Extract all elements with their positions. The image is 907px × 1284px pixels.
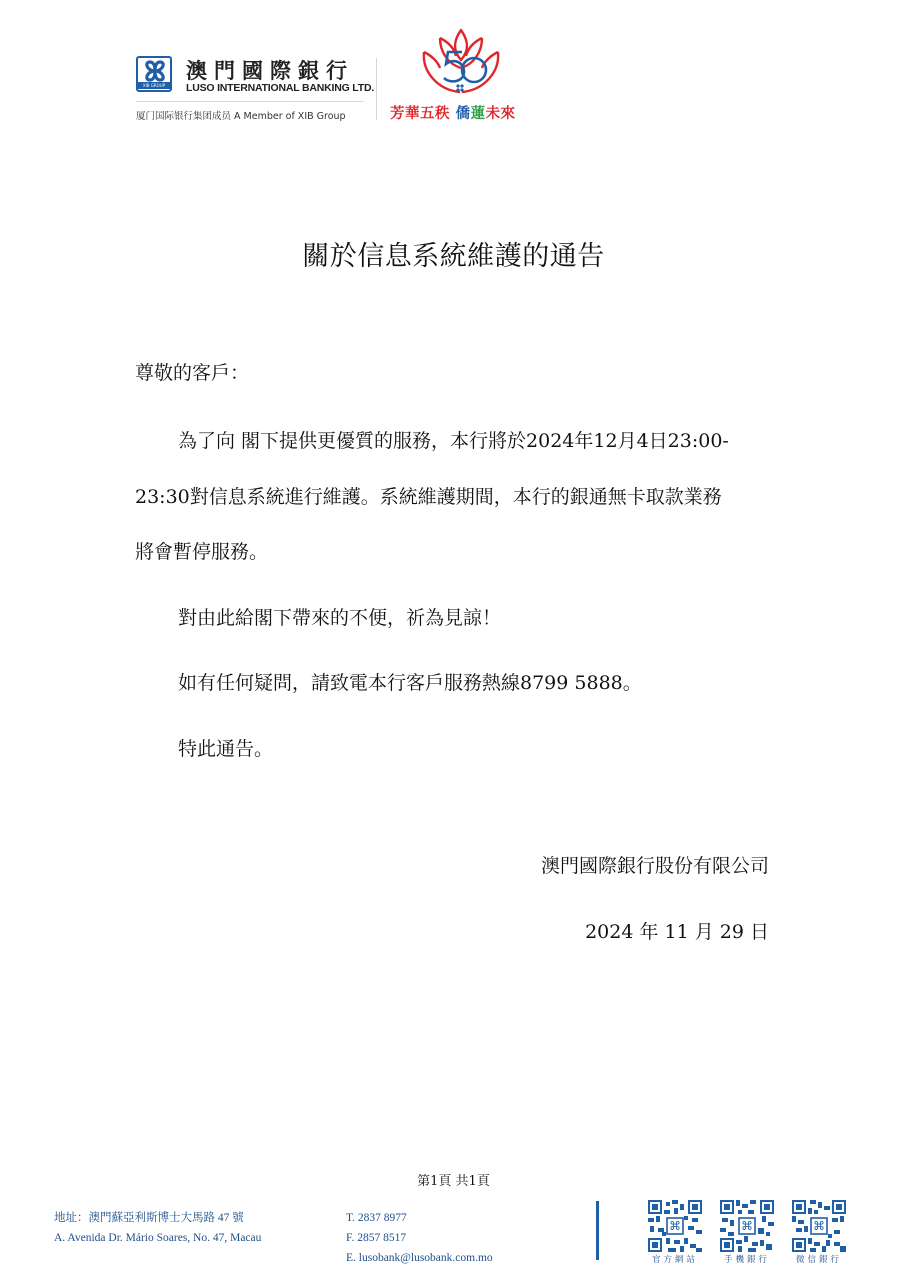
- signature: 澳門國際銀行股份有限公司: [541, 851, 769, 878]
- paragraph-contact: 如有任何疑問，請致電本行客戶服務熱線8799 5888。: [178, 668, 642, 695]
- qr-wechat-banking[interactable]: ⌘ 微信銀行: [792, 1200, 846, 1265]
- slogan-part-4: 未來: [486, 106, 516, 122]
- notice-title: 關於信息系統維護的通告: [0, 234, 907, 273]
- qr-label: 微信銀行: [792, 1253, 846, 1265]
- notice-date: 2024 年 11 月 29 日: [585, 917, 769, 944]
- svg-text:⌘: ⌘: [813, 1219, 825, 1233]
- bank-name-cn: 澳門國際銀行: [186, 55, 354, 85]
- address-en: A. Avenida Dr. Mário Soares, No. 47, Mac…: [54, 1228, 261, 1248]
- email-link[interactable]: E. lusobank@lusobank.com.mo: [346, 1248, 493, 1268]
- paragraph-1-line-1: 為了向 閣下提供更優質的服務，本行將於2024年12月4日23:00-: [178, 426, 729, 453]
- contact-block: T. 2837 8977 F. 2857 8517 E. lusobank@lu…: [346, 1208, 493, 1268]
- qr-label: 手機銀行: [720, 1253, 774, 1265]
- paragraph-1-line-2: 23:30對信息系統進行維護。系統維護期間，本行的銀通無卡取款業務: [135, 482, 722, 509]
- slogan-part-1: 芳華五秩: [390, 106, 456, 122]
- salutation: 尊敬的客戶：: [135, 358, 249, 385]
- anniversary-slogan: 芳華五秩 僑蓮未來: [390, 102, 516, 123]
- paragraph-closing: 特此通告。: [178, 734, 273, 761]
- lotus-50-icon: [418, 28, 504, 98]
- qr-code-icon: ⌘: [792, 1200, 846, 1252]
- svg-text:⌘: ⌘: [669, 1219, 681, 1233]
- paragraph-apology: 對由此給閣下帶來的不便，祈為見諒！: [178, 603, 501, 630]
- slogan-part-2: 僑: [456, 106, 471, 122]
- address-cn: 地址：澳門蘇亞利斯博士大馬路 47 號: [54, 1208, 261, 1228]
- qr-mobile-banking[interactable]: ⌘ 手機銀行: [720, 1200, 774, 1265]
- qr-code-icon: ⌘: [648, 1200, 702, 1252]
- xib-logo-label: XIB GROUP: [138, 82, 170, 89]
- qr-label: 官方網站: [648, 1253, 702, 1265]
- qr-official-website[interactable]: ⌘ 官方網站: [648, 1200, 702, 1265]
- slogan-part-3: 蓮: [471, 106, 486, 122]
- svg-text:⌘: ⌘: [741, 1219, 753, 1233]
- header-vertical-divider: [376, 58, 377, 120]
- paragraph-1-line-3: 將會暫停服務。: [135, 537, 268, 564]
- member-line: 厦门国际银行集团成员 A Member of XIB Group: [136, 108, 346, 122]
- footer-vertical-divider: [596, 1201, 599, 1260]
- xib-group-logo: XIB GROUP: [136, 56, 172, 92]
- header-divider: [136, 101, 364, 102]
- page-indicator: 第1頁 共1頁: [0, 1170, 907, 1189]
- fax: F. 2857 8517: [346, 1228, 493, 1248]
- phone: T. 2837 8977: [346, 1208, 493, 1228]
- address-block: 地址：澳門蘇亞利斯博士大馬路 47 號 A. Avenida Dr. Mário…: [54, 1208, 261, 1248]
- clover-icon: [141, 59, 169, 83]
- bank-name-en: LUSO INTERNATIONAL BANKING LTD.: [186, 82, 374, 94]
- anniversary-lotus-logo: [418, 28, 504, 102]
- qr-code-icon: ⌘: [720, 1200, 774, 1252]
